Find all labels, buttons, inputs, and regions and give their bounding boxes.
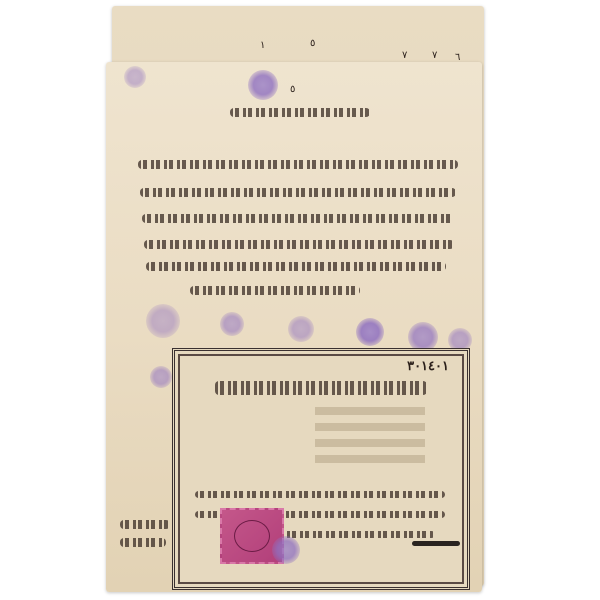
handwritten-signature xyxy=(190,286,360,295)
ink-seal xyxy=(146,304,180,338)
header-number: ٦ xyxy=(455,52,460,63)
handwritten-line xyxy=(146,262,446,271)
pen-mark xyxy=(412,541,460,546)
ink-seal xyxy=(220,312,244,336)
receipt-certificate: ٣٠١٤٠١ xyxy=(172,348,470,590)
serial-number: ٣٠١٤٠١ xyxy=(407,359,449,374)
table-row xyxy=(315,423,425,431)
header-number: ٥ xyxy=(310,38,315,49)
ink-seal xyxy=(248,70,278,100)
printed-line xyxy=(195,491,445,498)
handwritten-title xyxy=(230,108,370,117)
table-row xyxy=(315,455,425,463)
ink-seal xyxy=(356,318,384,346)
table-row xyxy=(315,407,425,415)
handwritten-line xyxy=(140,188,456,197)
header-number: ١ xyxy=(260,40,265,51)
handwritten-line xyxy=(144,240,454,249)
ink-seal xyxy=(272,536,300,564)
ink-seal xyxy=(150,366,172,388)
handwritten-note xyxy=(120,538,166,547)
stamp-emblem xyxy=(234,520,270,552)
ink-seal xyxy=(288,316,314,342)
header-number: ٧ xyxy=(402,50,407,61)
page-number: ٥ xyxy=(290,84,295,95)
ink-seal xyxy=(124,66,146,88)
table-row xyxy=(315,439,425,447)
handwritten-line xyxy=(142,214,454,223)
handwritten-note xyxy=(120,520,170,529)
header-number: ٧ xyxy=(432,50,437,61)
handwritten-line xyxy=(138,160,458,169)
certificate-title xyxy=(215,381,427,395)
